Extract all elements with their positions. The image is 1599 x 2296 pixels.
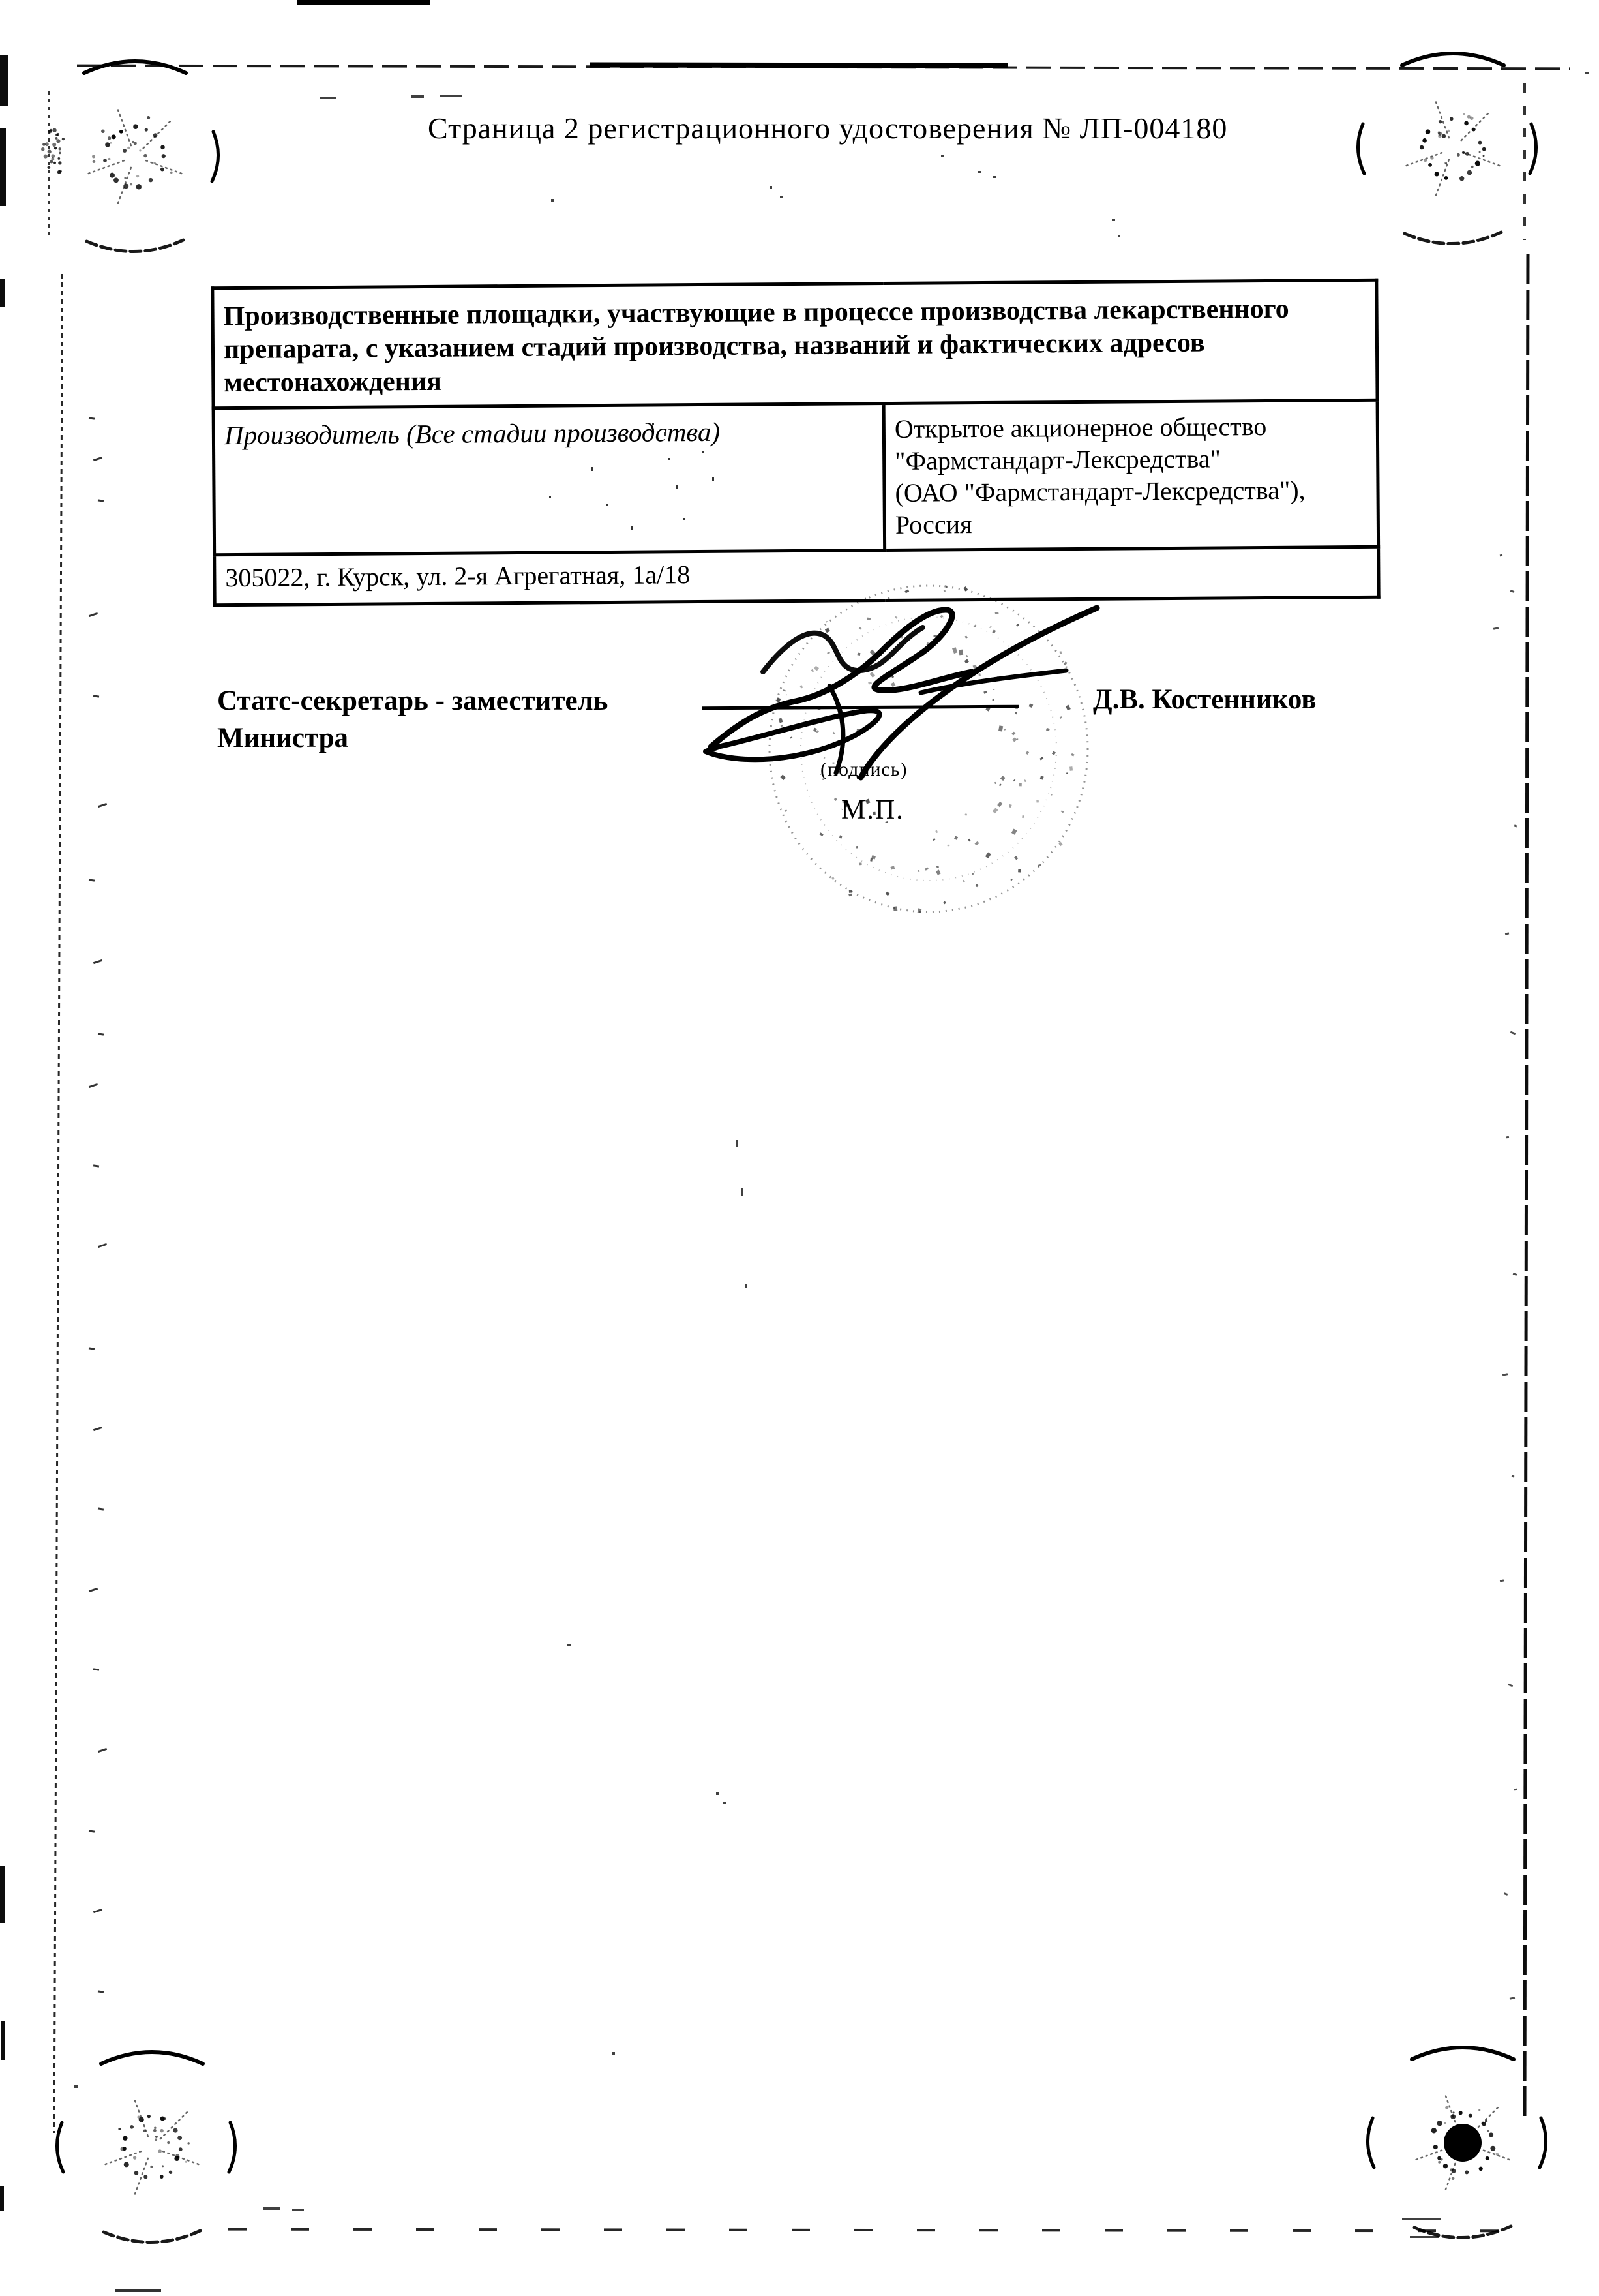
scan-noise-mark	[1, 2021, 5, 2060]
corner-rosette-stamp-bottom-left	[41, 2036, 263, 2258]
scan-noise-mark	[993, 176, 996, 178]
corner-rosette-stamp-bottom-right	[1352, 2032, 1574, 2254]
scan-noise-mark	[0, 128, 6, 206]
scan-noise-mark	[93, 959, 102, 964]
scan-edge-mark	[115, 2289, 161, 2292]
scan-noise-mark	[676, 485, 678, 489]
scan-noise-mark	[1500, 554, 1503, 557]
company-line: Россия	[895, 506, 1367, 541]
signatory-position-line: Статс-секретарь - заместитель	[217, 682, 713, 719]
scan-noise-mark	[1510, 1997, 1515, 2000]
scan-noise-mark	[1512, 1475, 1515, 1477]
scan-noise-mark	[74, 2085, 78, 2088]
scan-noise-mark	[98, 1243, 107, 1248]
scan-noise-mark	[89, 1083, 98, 1088]
scan-right-line	[1523, 254, 1530, 2117]
scan-noise-mark	[612, 2052, 615, 2055]
scan-noise-mark	[411, 95, 424, 98]
scan-noise-mark	[1500, 1579, 1504, 1582]
company-line: "Фармстандарт-Лексредства"	[895, 442, 1367, 477]
producer-role-cell: Производитель (Все стадии производства)	[213, 404, 885, 555]
scan-noise-mark	[1514, 1789, 1517, 1791]
scan-noise-mark	[89, 612, 98, 617]
scan-noise-mark	[93, 695, 99, 697]
scan-noise-mark	[89, 417, 95, 419]
scan-noise-mark	[551, 199, 554, 202]
company-line: Открытое акционерное общество	[895, 410, 1367, 445]
certificate-scan-page: Страница 2 регистрационного удостоверени…	[0, 0, 1599, 2296]
scan-noise-mark	[591, 467, 593, 471]
scan-noise-mark	[567, 1644, 571, 1646]
scan-noise-mark	[1505, 932, 1509, 935]
scan-noise-mark	[89, 1347, 95, 1350]
handwritten-signature	[665, 574, 1122, 796]
scan-noise-mark	[98, 1033, 104, 1035]
scan-noise-mark	[712, 477, 714, 481]
scan-noise-mark	[98, 1990, 104, 1993]
scan-noise-mark	[631, 526, 633, 530]
scan-noise-mark	[723, 1802, 726, 1804]
scan-noise-mark	[683, 518, 685, 520]
scan-noise-mark	[664, 432, 666, 436]
scan-noise-mark	[745, 1284, 747, 1288]
scan-noise-mark	[1585, 72, 1589, 74]
table-header-line: местонахождения	[224, 359, 1366, 400]
scan-noise-mark	[716, 1792, 719, 1795]
scan-noise-mark	[1514, 824, 1517, 827]
table-header-cell: Производственные площадки, участвующие в…	[213, 280, 1377, 408]
scan-noise-mark	[1502, 1373, 1508, 1376]
scan-noise-mark	[652, 423, 654, 425]
signatory-name: Д.В. Костенников	[1093, 684, 1317, 716]
scan-noise-mark	[292, 2209, 304, 2211]
scan-noise-mark	[320, 97, 336, 99]
scan-noise-mark	[1118, 235, 1120, 237]
scan-noise-mark	[770, 186, 772, 189]
scan-bottom-line	[228, 2228, 1532, 2233]
signatory-position: Статс-секретарь - заместитель Министра	[217, 682, 713, 757]
scan-edge-mark	[297, 0, 430, 5]
scan-noise-mark	[1506, 1136, 1510, 1139]
scan-noise-mark	[1504, 1892, 1508, 1896]
table-row: Производитель (Все стадии производства) …	[213, 400, 1379, 554]
scan-noise-mark	[549, 496, 551, 498]
scan-noise-mark	[1402, 2218, 1441, 2220]
scan-noise-mark	[440, 95, 462, 97]
scan-noise-mark	[1112, 219, 1115, 221]
scan-noise-mark	[0, 1865, 5, 1923]
scan-top-line-thick	[590, 62, 1008, 68]
scan-noise-mark	[93, 1668, 99, 1670]
scan-noise-mark	[741, 1188, 743, 1196]
scan-noise-mark	[1410, 2236, 1439, 2238]
scan-noise-mark	[978, 171, 981, 173]
scan-noise-mark	[98, 803, 107, 808]
scan-noise-mark	[89, 1588, 98, 1592]
corner-rosette-stamp-top-left	[24, 46, 246, 267]
table-header-row: Производственные площадки, участвующие в…	[213, 280, 1377, 408]
scan-noise-mark	[93, 1909, 102, 1913]
page-title: Страница 2 регистрационного удостоверени…	[428, 111, 1210, 145]
scan-noise-mark	[89, 1830, 95, 1832]
corner-rosette-stamp-top-right	[1342, 38, 1564, 260]
company-line: (ОАО "Фармстандарт-Лексредства"),	[895, 474, 1367, 509]
producer-company-cell: Открытое акционерное общество "Фармстанд…	[884, 400, 1379, 550]
scan-noise-mark	[98, 499, 104, 502]
scan-noise-mark	[941, 155, 944, 157]
scan-noise-mark	[736, 1140, 738, 1147]
scan-noise-mark	[0, 279, 5, 307]
scan-noise-mark	[89, 879, 95, 881]
scan-noise-mark	[1513, 1273, 1517, 1276]
scan-noise-mark	[702, 451, 704, 453]
scan-noise-mark	[0, 2186, 4, 2211]
scan-noise-mark	[668, 458, 670, 460]
scan-noise-mark	[1493, 627, 1499, 630]
scan-left-line	[53, 274, 63, 2133]
scan-noise-mark	[1510, 1031, 1516, 1035]
scan-noise-mark	[0, 55, 8, 106]
scan-noise-mark	[93, 1164, 99, 1167]
scan-noise-mark	[780, 196, 783, 198]
scan-noise-mark	[98, 1507, 104, 1510]
scan-noise-mark	[93, 1427, 102, 1431]
scan-noise-mark	[1510, 590, 1515, 593]
signatory-position-line: Министра	[217, 719, 713, 757]
scan-noise-mark	[263, 2207, 280, 2210]
scan-noise-mark	[93, 457, 102, 461]
scan-noise-mark	[98, 1748, 107, 1753]
scan-noise-mark	[1508, 1684, 1514, 1687]
production-sites-table: Производственные площадки, участвующие в…	[211, 279, 1380, 607]
scan-noise-mark	[606, 504, 608, 506]
